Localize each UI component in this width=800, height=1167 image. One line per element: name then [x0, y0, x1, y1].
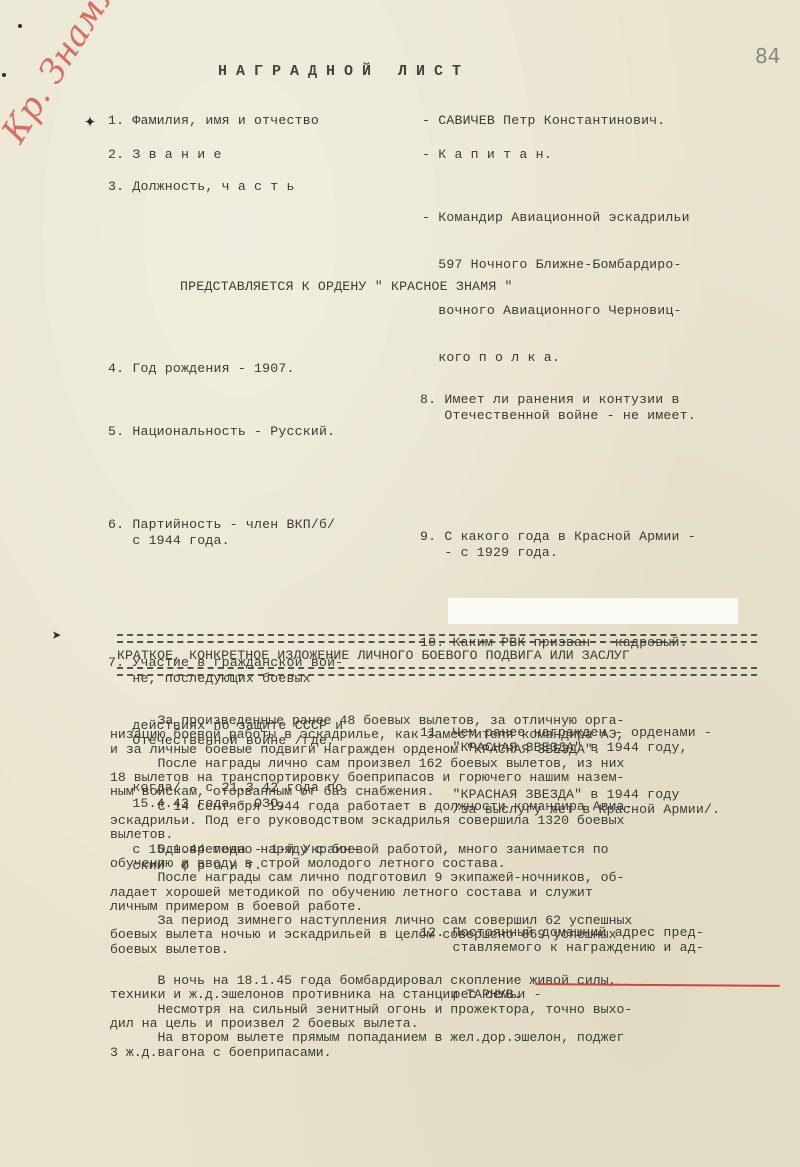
- narrative-line: 3 ж.д.вагона с боеприпасами.: [110, 1046, 790, 1060]
- narrative-line: [110, 957, 790, 974]
- item-6: 6. Партийность - член ВКП/б/ с 1944 года…: [108, 486, 360, 579]
- narrative-line: На втором вылете прямым попаданием в жел…: [110, 1031, 790, 1045]
- field-position-label: 3. Должность, ч а с т ь: [108, 179, 295, 195]
- narrative-line: ладает хорошей методикой по обучению лет…: [110, 886, 790, 900]
- narrative-line: низацию боевой работы в эскадрилье, как …: [110, 728, 790, 742]
- narrative-line: Несмотря на сильный зенитный огонь и про…: [110, 1003, 790, 1017]
- narrative-line: и за личные боевые подвиги награжден орд…: [110, 743, 790, 757]
- page-number: 84: [755, 44, 780, 68]
- punch-hole-mark: [18, 24, 22, 28]
- narrative-line: Одновременно наряду с боевой работой, мн…: [110, 843, 790, 857]
- narrative-line: С 14 сентября 1944 года работает в должн…: [110, 800, 790, 814]
- item-9: 9. С какого года в Красной Армии - - с 1…: [420, 498, 720, 591]
- arrow-mark-icon: ➤: [52, 626, 62, 646]
- section-divider-bottom: [117, 667, 757, 676]
- narrative-line: ным войскам, оторванным от баз снабжения…: [110, 785, 790, 799]
- narrative-line: После награды сам лично подготовил 9 эки…: [110, 871, 790, 885]
- narrative-line: дил на цель и произвел 2 боевых вылета.: [110, 1017, 790, 1031]
- narrative-line: За произведенные ранее 48 боевых вылетов…: [110, 714, 790, 728]
- document-title: НАГРАДНОЙ ЛИСТ: [218, 63, 470, 80]
- narrative-line: личным примером в боевой работе.: [110, 900, 790, 914]
- narrative-line: техники и ж.д.эшелонов противника на ста…: [110, 988, 790, 1002]
- narrative-line: боевых вылета ночью и эскадрильей в цело…: [110, 928, 790, 942]
- narrative-line: 18 вылетов на транспортировку боеприпасо…: [110, 771, 790, 785]
- narrative-line: боевых вылетов.: [110, 943, 790, 957]
- item-4: 4. Год рождения - 1907.: [108, 361, 360, 377]
- narrative: За произведенные ранее 48 боевых вылетов…: [110, 714, 790, 1060]
- position-line: 597 Ночного Ближне-Бомбардиро-: [422, 257, 690, 273]
- narrative-line: эскадрильи. Под его руководством эскадри…: [110, 814, 790, 828]
- field-rank-value: - К а п и т а н.: [422, 147, 552, 163]
- nomination-line: ПРЕДСТАВЛЯЕТСЯ К ОРДЕНУ " КРАСНОЕ ЗНАМЯ …: [180, 279, 513, 295]
- narrative-line: После награды лично сам произвел 162 бое…: [110, 757, 790, 771]
- section-heading: КРАТКОЕ, КОНКРЕТНОЕ ИЗЛОЖЕНИЕ ЛИЧНОГО БО…: [117, 648, 630, 664]
- field-name-value: - САВИЧЕВ Петр Константинович.: [422, 113, 665, 129]
- field-name-label: 1. Фамилия, имя и отчество: [108, 113, 319, 129]
- section-divider-top: [117, 634, 757, 643]
- item-5: 5. Национальность - Русский.: [108, 424, 360, 440]
- punch-hole-mark: [2, 73, 6, 77]
- narrative-line: вылетов.: [110, 828, 790, 842]
- position-line: - Командир Авиационной эскадрильи: [422, 210, 690, 226]
- star-mark-icon: ✦: [84, 108, 96, 134]
- field-rank-label: 2. З в а н и е: [108, 147, 222, 163]
- redacted-address: [448, 598, 738, 624]
- narrative-line: За период зимнего наступления лично сам …: [110, 914, 790, 928]
- document-page: Кр. Знамя 84 НАГРАДНОЙ ЛИСТ ✦ 1. Фамилия…: [0, 0, 800, 1167]
- item-8: 8. Имеет ли ранения и контузии в Отечест…: [420, 361, 720, 454]
- narrative-line: обучению и вводу в строй молодого летног…: [110, 857, 790, 871]
- position-line: вочного Авиационного Черновиц-: [422, 303, 690, 319]
- handwritten-annotation: Кр. Знамя: [0, 0, 126, 150]
